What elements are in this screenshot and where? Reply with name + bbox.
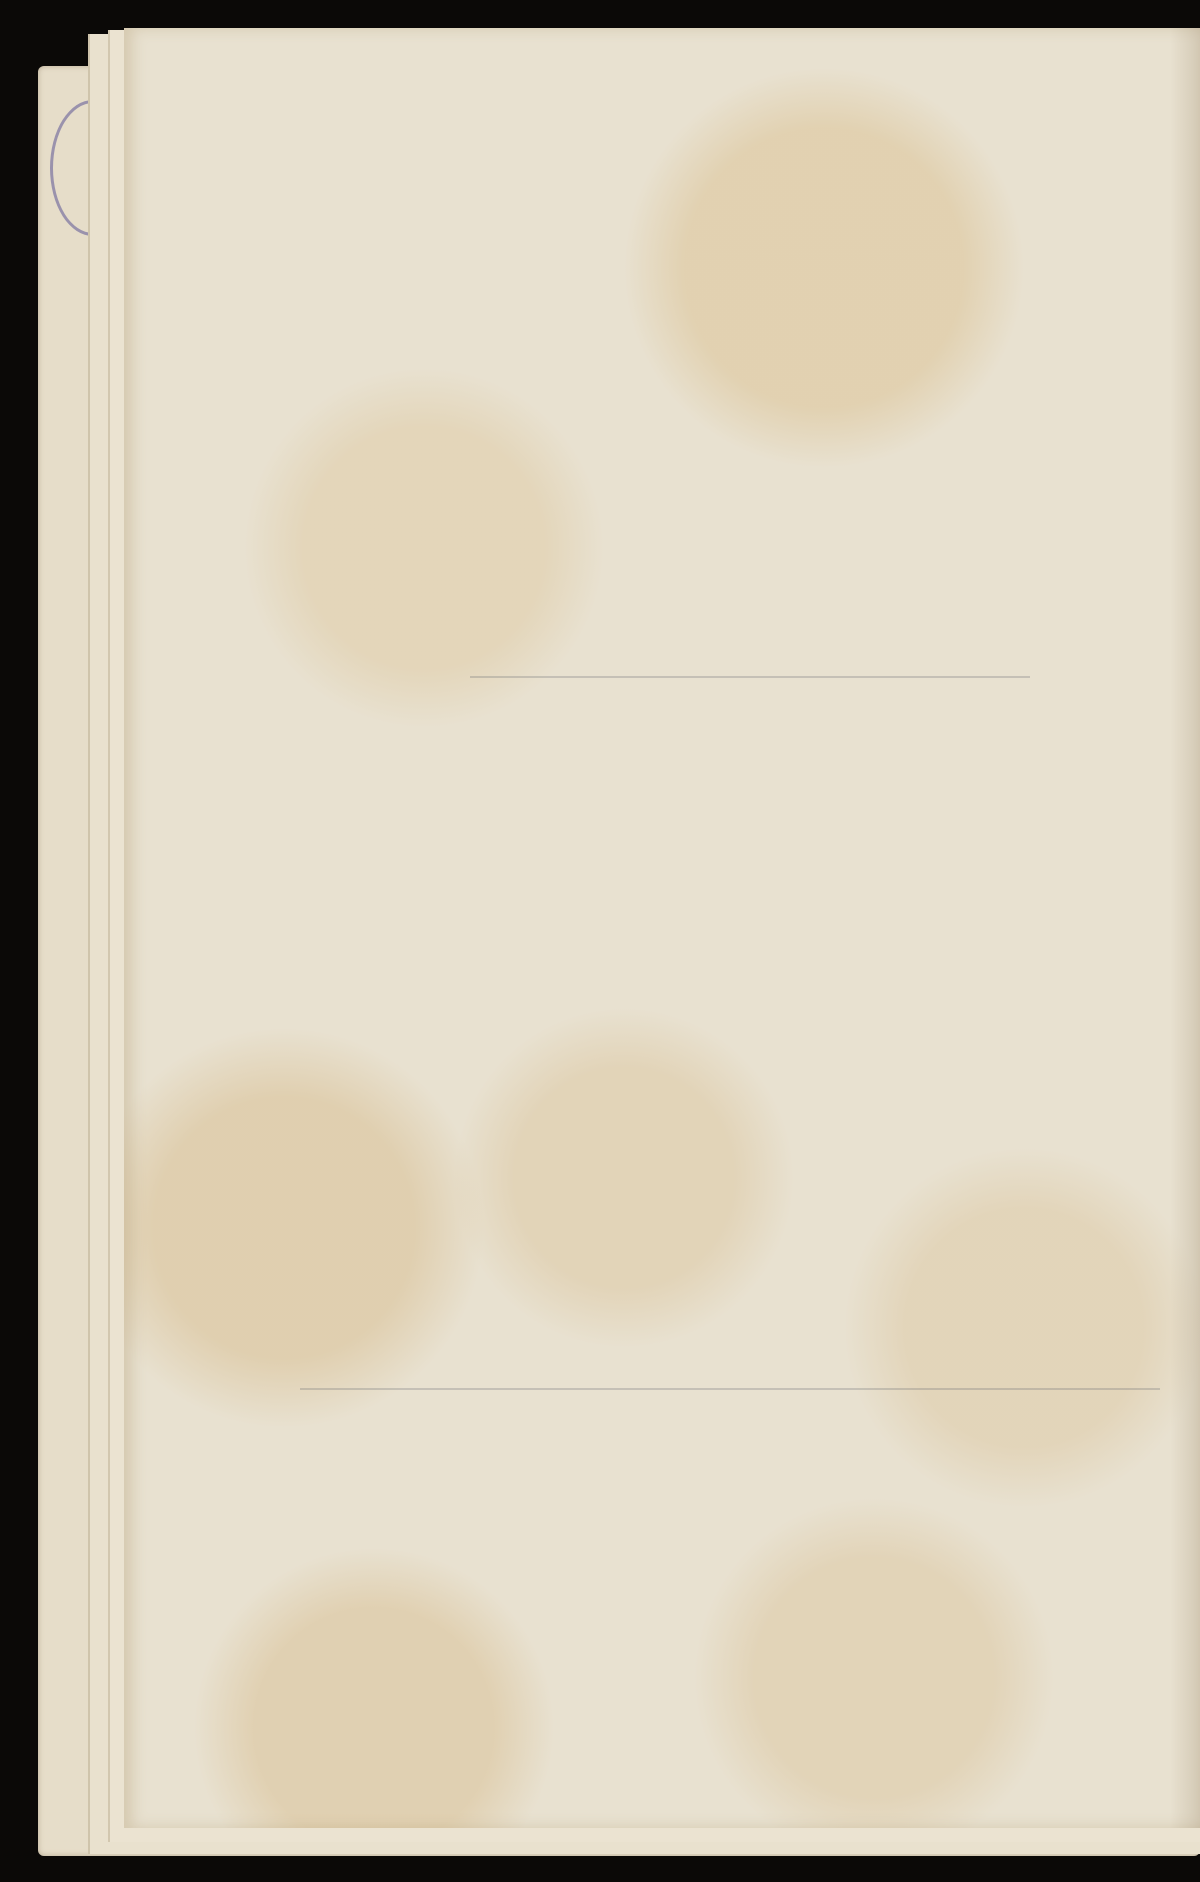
showthrough-text — [124, 28, 1200, 1828]
showthrough-rule — [300, 1388, 1160, 1390]
gutter-shadow — [1170, 28, 1200, 1828]
showthrough-rule — [470, 676, 1030, 678]
